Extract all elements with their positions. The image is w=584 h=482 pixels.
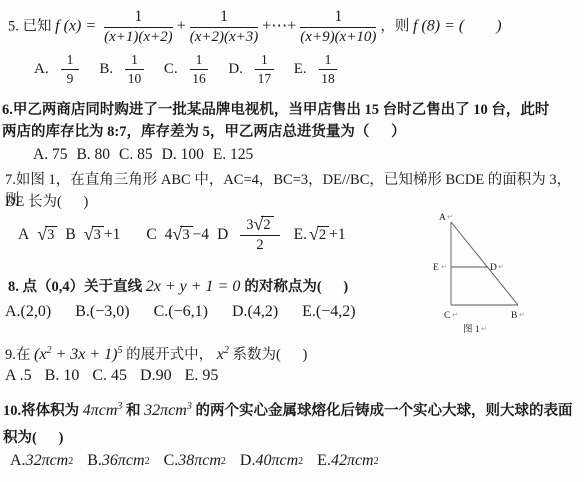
q6-option-a: A. 75 <box>33 146 67 164</box>
paragraph-mark: ↵ <box>441 263 447 271</box>
q6-option-c: C. 85 <box>119 146 153 164</box>
q10-option-c: C.38πcm2 <box>164 452 226 470</box>
question-5-formula: 5. 已知 f (x) = 1(x+1)(x+2)+1(x+2)(x+3)+⋯+… <box>8 8 502 47</box>
math-exam-document: 5. 已知 f (x) = 1(x+1)(x+2)+1(x+2)(x+3)+⋯+… <box>0 0 584 482</box>
q10-option-e: E.42πcm2 <box>317 452 378 470</box>
sqrt-radical: √2 <box>309 226 329 243</box>
q6-option-b: B. 80 <box>76 146 110 164</box>
q10-options: A.32πcm2 B.36πcm2 C.38πcm2 D.40πcm2 E.42… <box>10 452 379 470</box>
sqrt-radical: √3 <box>84 226 104 243</box>
question-9: 9.在 (x2 + 3x + 1)5 的展开式中， x2 系数为( ) <box>5 341 307 365</box>
vertex-label-e: E <box>433 263 439 273</box>
q5-then: ，则 <box>380 19 413 35</box>
q8-option-a: A.(2,0) <box>5 303 51 321</box>
q8-suffix: 的对称点为( ) <box>244 279 348 295</box>
q8-option-e: E.(−4,2) <box>302 303 355 321</box>
sqrt-radical: √2 <box>254 216 274 233</box>
q5-options: A.19 B.110 C.116 D.117 E.118 <box>34 50 341 88</box>
exponent: 2 <box>145 456 150 467</box>
exponent: 2 <box>298 456 303 467</box>
q5-number-and-intro: 5. 已知 <box>8 19 55 35</box>
vertex-label-a: A <box>439 213 446 223</box>
q7-option-a: A√3 <box>18 226 57 244</box>
q5-option-e: E.118 <box>294 52 342 86</box>
q5-fraction-2: 1(x+2)(x+3) <box>190 8 259 47</box>
q8-option-d: D.(4,2) <box>232 303 278 321</box>
question-7-line-1: 7.如图 1，在直角三角形 ABC 中，AC=4，BC=3，DE//BC，已知梯… <box>5 170 584 210</box>
q8-line-equation: 2x + y + 1 = 0 <box>146 278 245 295</box>
q9-option-e: E. 95 <box>185 367 219 385</box>
q5-option-a: A.19 <box>34 52 83 86</box>
q5-option-c: C.116 <box>164 52 213 86</box>
q9-middle: 的展开式中， <box>122 347 216 363</box>
q6-option-e: E. 125 <box>213 146 253 164</box>
question-7-line-2: DE 长为( ) <box>5 192 88 212</box>
q9-option-a: A .5 <box>5 367 32 385</box>
q10-option-a: A.32πcm2 <box>10 452 73 470</box>
q5-fx: f (x) = <box>55 18 100 35</box>
exponent: 2 <box>374 456 379 467</box>
paragraph-mark: ↵ <box>452 311 458 319</box>
side-AB <box>451 222 518 305</box>
q10-option-b: B.36πcm2 <box>87 452 149 470</box>
q8-options: A.(2,0) B.(−3,0) C.(−6,1) D.(4,2) E.(−4,… <box>5 303 356 321</box>
q5-option-d: D.117 <box>228 52 277 86</box>
q5-fraction-1: 1(x+1)(x+2) <box>104 8 173 47</box>
q7-option-d: D3√22 <box>217 217 284 254</box>
paragraph-mark: ↵ <box>447 213 453 221</box>
q7-option-c: C4√3−4 <box>146 226 209 244</box>
question-10-line-2: 积为( ) <box>3 428 63 448</box>
q10-option-d: D.40πcm2 <box>240 452 303 470</box>
q8-prefix: 8. 点（0,4）关于直线 <box>8 279 146 295</box>
question-8: 8. 点（0,4）关于直线 2x + y + 1 = 0 的对称点为( ) <box>8 277 348 297</box>
sqrt-radical: √3 <box>172 226 192 243</box>
vertex-label-b: B <box>511 311 517 321</box>
q5-f8-blank: f (8) = ( ) <box>413 18 502 35</box>
paragraph-mark: ↵ <box>519 311 525 319</box>
q5-fraction-3: 1(x+9)(x+10) <box>300 8 376 47</box>
q7-options: A√3 B√3+1 C4√3−4 D3√22 E.√2+1 <box>18 214 346 256</box>
paragraph-mark: ↵ <box>498 263 504 271</box>
q6-option-d: D. 100 <box>162 146 204 164</box>
figure-caption: 图 1 <box>463 324 480 335</box>
sqrt-radical: √3 <box>37 226 57 243</box>
q9-option-d: D.90 <box>140 367 172 385</box>
question-6-line-2: 两店的库存比为 8:7，库存差为 5，甲乙两店总进货量为（ ） <box>2 122 406 142</box>
paragraph-mark: ↵ <box>481 325 487 333</box>
q5-option-b: B.110 <box>99 52 148 86</box>
vertex-label-d: D <box>490 263 497 273</box>
q9-intro: 9.在 <box>5 347 34 363</box>
q9-options: A .5 B. 10 C. 45 D.90 E. 95 <box>5 367 218 385</box>
question-10-line-1: 10.将体积为 4πcm3 和 32πcm3 的两个实心金属球熔化后铸成一个实心… <box>3 397 572 421</box>
q8-option-b: B.(−3,0) <box>75 303 129 321</box>
figure-1-right-triangle: A ↵ E ↵ D ↵ C ↵ B ↵ 图 1 ↵ <box>428 206 584 342</box>
q10-body: 的两个实心金属球熔化后铸成一个实心大球，则大球的表面 <box>192 403 573 419</box>
q5-plus-1: + <box>177 18 186 35</box>
question-6-line-1: 6.甲乙两商店同时购进了一批某品牌电视机，当甲店售出 15 台时乙售出了 10 … <box>2 100 549 120</box>
q8-option-c: C.(−6,1) <box>154 303 208 321</box>
exponent: 2 <box>68 456 73 467</box>
q7-option-e: E.√2+1 <box>294 226 346 244</box>
q9-option-b: B. 10 <box>45 367 80 385</box>
q9-option-c: C. 45 <box>92 367 127 385</box>
exponent: 2 <box>221 456 226 467</box>
q5-ellipsis-plus: +⋯+ <box>262 18 296 35</box>
q9-suffix: 系数为( ) <box>229 347 308 363</box>
q6-options: A. 75 B. 80 C. 85 D. 100 E. 125 <box>33 146 253 164</box>
q7-option-b: B√3+1 <box>65 226 120 244</box>
vertex-label-c: C <box>444 311 450 321</box>
q10-intro: 10.将体积为 <box>3 403 83 419</box>
